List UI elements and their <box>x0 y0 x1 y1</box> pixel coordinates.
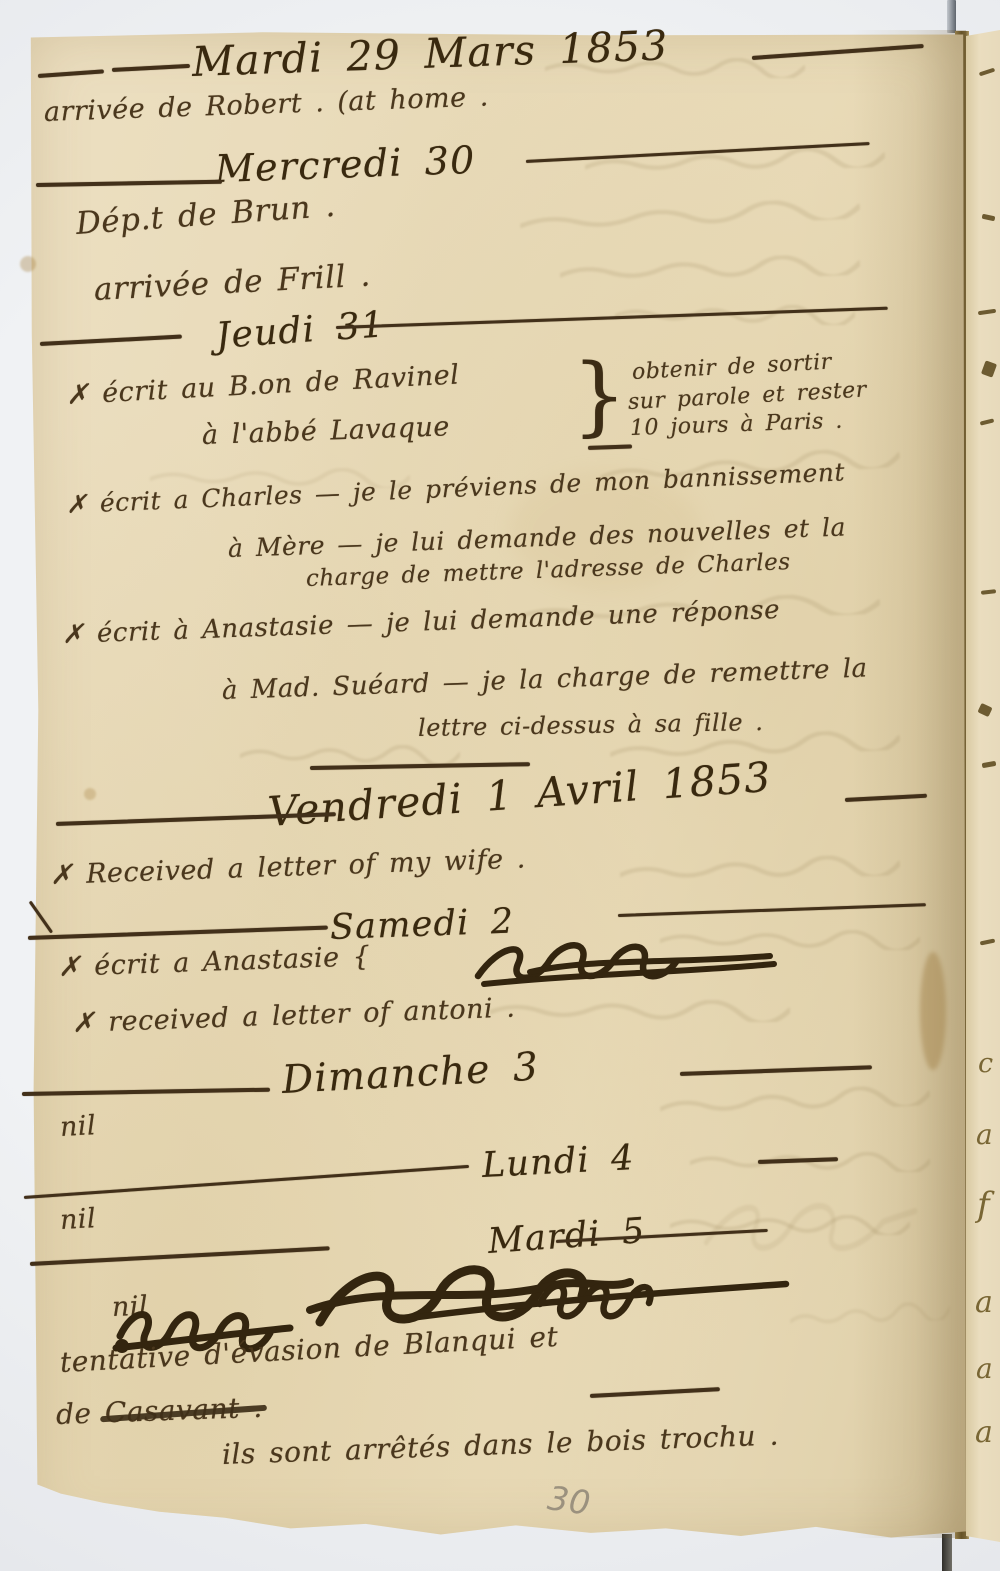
adjacent-letter-fragment: a <box>975 1415 993 1450</box>
adjacent-letter-fragment: a <box>975 1285 993 1320</box>
entry-heading-wed-30: Mercredi 30 <box>214 138 476 191</box>
entry-line-nil: nil <box>59 1203 97 1236</box>
brace-glyph: } <box>572 346 627 446</box>
bleedthrough-mark <box>490 1000 790 1022</box>
binding-rod <box>942 1534 952 1571</box>
bleedthrough-mark <box>240 745 460 765</box>
adjacent-letter-fragment: a <box>976 1352 993 1385</box>
binding-pin <box>947 0 956 33</box>
adjacent-letter-fragment: a <box>976 1118 993 1151</box>
entry-word: de <box>55 1397 92 1431</box>
adjacent-letter-fragment: f <box>977 1185 990 1225</box>
scribble-crossout <box>470 938 780 998</box>
page-number-pencil: 30 <box>545 1478 593 1523</box>
entry-line-nil: nil <box>59 1110 97 1143</box>
adjacent-letter-fragment: c <box>978 1048 994 1079</box>
bleedthrough-mark <box>700 1190 920 1260</box>
scanned-manuscript-page: Mardi 29 Mars 1853 arrivée de Robert . (… <box>0 0 1000 1571</box>
entry-heading-mon-4: Lundi 4 <box>481 1138 636 1186</box>
crossed-out-name: Casavant . <box>104 1391 263 1429</box>
